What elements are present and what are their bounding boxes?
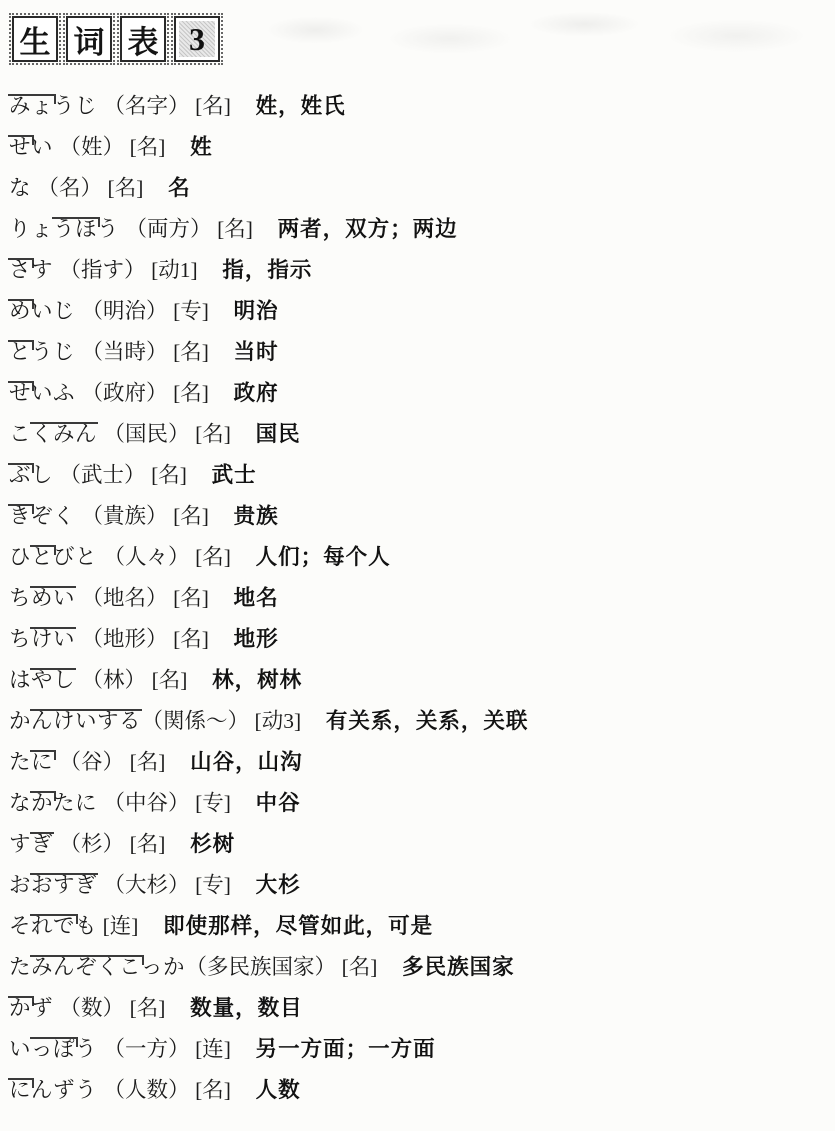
entry-meaning: 人们；每个人	[256, 545, 391, 569]
entry-meaning: 当时	[234, 340, 279, 364]
entry-reading: たみんぞくこっか	[9, 955, 185, 979]
entry-pos-tag: [名]	[342, 955, 378, 979]
title-char-box: 生	[12, 16, 58, 62]
entry-reading: こくみん	[9, 422, 97, 446]
entry-meaning: 林，树林	[212, 668, 302, 692]
entry-meaning: 数量，数目	[190, 996, 303, 1020]
vocab-entry: みょうじ（名字）[名]姓，姓氏	[9, 86, 528, 127]
vocab-entry: なかたに（中谷）[专]中谷	[9, 783, 528, 824]
entry-pos-tag: [名]	[173, 586, 209, 610]
entry-reading: せいふ	[9, 381, 75, 405]
entry-reading: ちけい	[9, 627, 75, 651]
entry-reading: ちめい	[9, 586, 75, 610]
title-char-box: 词	[66, 16, 112, 62]
reading-segment: お	[9, 872, 31, 899]
reading-segment: か	[9, 708, 31, 735]
vocab-entry: きぞく（貴族）[名]贵族	[9, 496, 528, 537]
entry-reading: さす	[9, 258, 53, 282]
reading-segment: ぞく	[31, 503, 75, 530]
reading-segment: やし	[31, 667, 75, 694]
vocab-entry: ちけい（地形）[名]地形	[9, 619, 528, 660]
entry-pos-tag: [连]	[195, 1037, 231, 1061]
entry-reading: にんずう	[9, 1078, 97, 1102]
reading-segment: っか	[141, 954, 185, 981]
reading-segment: に	[9, 1077, 31, 1104]
entry-pos-tag: [连]	[103, 914, 139, 938]
entry-meaning: 有关系，关系，关联	[326, 709, 529, 733]
entry-pos-tag: [专]	[195, 791, 231, 815]
vocab-entry: な（名）[名]名	[9, 168, 528, 209]
entry-pos-tag: [名]	[195, 94, 231, 118]
entry-reading: なかたに	[9, 791, 97, 815]
entry-kanji: （両方）	[125, 217, 211, 241]
entry-pos-tag: [名]	[130, 832, 166, 856]
entry-reading: はやし	[9, 668, 75, 692]
entry-pos-tag: [名]	[108, 176, 144, 200]
vocab-entry: ひとびと（人々）[名]人们；每个人	[9, 537, 528, 578]
reading-segment: ず	[31, 995, 53, 1022]
lesson-number: 3	[189, 21, 205, 58]
vocab-entry: せいふ（政府）[名]政府	[9, 373, 528, 414]
entry-meaning: 贵族	[234, 504, 279, 528]
reading-segment: う	[75, 1036, 97, 1063]
title-number-box: 3	[174, 16, 220, 62]
reading-segment: せ	[9, 134, 31, 161]
entry-reading: りょうほう	[9, 217, 119, 241]
entry-meaning: 即使那样，尽管如此，可是	[163, 914, 433, 938]
entry-meaning: 武士	[212, 463, 257, 487]
entry-pos-tag: [名]	[195, 422, 231, 446]
vocab-entry: せい（姓）[名]姓	[9, 127, 528, 168]
vocab-entry: ちめい（地名）[名]地名	[9, 578, 528, 619]
entry-reading: ひとびと	[9, 545, 97, 569]
entry-pos-tag: [名]	[173, 340, 209, 364]
entry-reading: な	[9, 176, 31, 200]
reading-segment: みょ	[9, 93, 53, 120]
entry-reading: おおすぎ	[9, 873, 97, 897]
entry-reading: すぎ	[9, 832, 53, 856]
entry-meaning: 杉树	[190, 832, 235, 856]
reading-segment: りょ	[9, 216, 53, 243]
entry-kanji: （杉）	[59, 832, 124, 856]
entry-pos-tag: [名]	[130, 996, 166, 1020]
reading-segment: たに	[53, 790, 97, 817]
entry-kanji: （中谷）	[103, 791, 189, 815]
reading-segment: んけいする	[31, 708, 141, 735]
vocab-entry: たみんぞくこっか（多民族国家）[名]多民族国家	[9, 947, 528, 988]
entry-meaning: 姓	[190, 135, 213, 159]
entry-meaning: 多民族国家	[402, 955, 515, 979]
entry-kanji: （地形）	[81, 627, 167, 651]
entry-meaning: 山谷，山沟	[190, 750, 303, 774]
reading-segment: め	[9, 298, 31, 325]
vocab-entry: りょうほう（両方）[名]两者，双方；两边	[9, 209, 528, 250]
vocab-entry: にんずう（人数）[名]人数	[9, 1070, 528, 1111]
vocab-list: みょうじ（名字）[名]姓，姓氏せい（姓）[名]姓な（名）[名]名りょうほう（両方…	[9, 86, 528, 1111]
reading-segment: す	[31, 257, 53, 284]
entry-kanji: （名）	[37, 176, 102, 200]
reading-segment: ひ	[9, 544, 31, 571]
entry-kanji: （地名）	[81, 586, 167, 610]
entry-kanji: （一方）	[103, 1037, 189, 1061]
entry-reading: たに	[9, 750, 53, 774]
entry-meaning: 地形	[234, 627, 279, 651]
entry-kanji: （多民族国家）	[185, 955, 336, 979]
entry-kanji: （人々）	[103, 545, 189, 569]
entry-kanji: （数）	[59, 996, 124, 1020]
entry-meaning: 地名	[234, 586, 279, 610]
reading-segment: と	[9, 339, 31, 366]
entry-kanji: （指す）	[59, 258, 145, 282]
vocab-entry: とうじ（当時）[名]当时	[9, 332, 528, 373]
vocab-entry: さす（指す）[动1]指，指示	[9, 250, 528, 291]
entry-reading: それでも	[9, 914, 97, 938]
entry-kanji: （貴族）	[81, 504, 167, 528]
entry-kanji: （関係～）	[141, 709, 249, 733]
entry-reading: かず	[9, 996, 53, 1020]
vocab-entry: おおすぎ（大杉）[专]大杉	[9, 865, 528, 906]
entry-pos-tag: [专]	[195, 873, 231, 897]
reading-segment: っぽ	[31, 1036, 75, 1063]
reading-segment: い	[9, 1036, 31, 1063]
reading-segment: けい	[31, 626, 75, 653]
reading-segment: いじ	[31, 298, 75, 325]
reading-segment: い	[31, 134, 53, 161]
vocab-entry: ぶし（武士）[名]武士	[9, 455, 528, 496]
reading-segment: と	[31, 544, 53, 571]
reading-segment: な	[9, 175, 31, 202]
entry-reading: めいじ	[9, 299, 75, 323]
entry-reading: ぶし	[9, 463, 53, 487]
vocab-entry: めいじ（明治）[专]明治	[9, 291, 528, 332]
reading-segment: こ	[9, 421, 31, 448]
entry-meaning: 指，指示	[222, 258, 312, 282]
reading-segment: そ	[9, 913, 31, 940]
entry-kanji: （林）	[81, 668, 146, 692]
reading-segment: ぎ	[31, 831, 53, 858]
entry-meaning: 另一方面；一方面	[256, 1037, 436, 1061]
entry-reading: とうじ	[9, 340, 75, 364]
vocab-entry: かず（数）[名]数量，数目	[9, 988, 528, 1029]
entry-meaning: 明治	[234, 299, 279, 323]
entry-meaning: 国民	[256, 422, 301, 446]
title-char: 词	[74, 17, 105, 62]
entry-pos-tag: [专]	[173, 299, 209, 323]
reading-segment: うじ	[53, 93, 97, 120]
entry-kanji: （人数）	[103, 1078, 189, 1102]
reading-segment: た	[9, 749, 31, 776]
reading-segment: うじ	[31, 339, 75, 366]
reading-segment: ち	[9, 626, 31, 653]
entry-kanji: （谷）	[59, 750, 124, 774]
reading-segment: いふ	[31, 380, 75, 407]
entry-kanji: （明治）	[81, 299, 167, 323]
entry-meaning: 大杉	[256, 873, 301, 897]
entry-kanji: （名字）	[103, 94, 189, 118]
reading-segment: も	[75, 913, 97, 940]
entry-reading: きぞく	[9, 504, 75, 528]
reading-segment: みんぞくこ	[31, 954, 141, 981]
entry-pos-tag: [名]	[195, 545, 231, 569]
entry-pos-tag: [名]	[130, 750, 166, 774]
vocab-entry: それでも[连]即使那样，尽管如此，可是	[9, 906, 528, 947]
entry-pos-tag: [名]	[173, 627, 209, 651]
entry-kanji: （武士）	[59, 463, 145, 487]
entry-meaning: 名	[168, 176, 191, 200]
entry-pos-tag: [动3]	[255, 709, 302, 733]
title-char: 生	[20, 17, 51, 62]
reading-segment: な	[9, 790, 31, 817]
reading-segment: き	[9, 503, 31, 530]
entry-meaning: 姓，姓氏	[256, 94, 346, 118]
reading-segment: れで	[31, 913, 75, 940]
reading-segment: か	[9, 995, 31, 1022]
scan-noise-artifact	[245, 4, 830, 62]
reading-segment: さ	[9, 257, 31, 284]
entry-pos-tag: [名]	[195, 1078, 231, 1102]
entry-pos-tag: [名]	[173, 504, 209, 528]
entry-pos-tag: [名]	[151, 463, 187, 487]
entry-reading: みょうじ	[9, 94, 97, 118]
vocab-entry: こくみん（国民）[名]国民	[9, 414, 528, 455]
reading-segment: ぶ	[9, 462, 31, 489]
hatched-background: 3	[179, 21, 215, 57]
reading-segment: おすぎ	[31, 872, 97, 899]
page-title: 生 词 表 3	[12, 16, 220, 62]
reading-segment: めい	[31, 585, 75, 612]
reading-segment: す	[9, 831, 31, 858]
reading-segment: うほ	[53, 216, 97, 243]
vocab-entry: いっぽう（一方）[连]另一方面；一方面	[9, 1029, 528, 1070]
entry-meaning: 中谷	[256, 791, 301, 815]
entry-reading: せい	[9, 135, 53, 159]
reading-segment: せ	[9, 380, 31, 407]
entry-pos-tag: [名]	[173, 381, 209, 405]
vocab-entry: かんけいする（関係～）[动3]有关系，关系，关联	[9, 701, 528, 742]
reading-segment: う	[97, 216, 119, 243]
reading-segment: た	[9, 954, 31, 981]
reading-segment: んずう	[31, 1077, 97, 1104]
entry-pos-tag: [名]	[152, 668, 188, 692]
entry-pos-tag: [名]	[130, 135, 166, 159]
reading-segment: びと	[53, 544, 97, 571]
entry-pos-tag: [动1]	[151, 258, 198, 282]
entry-meaning: 政府	[234, 381, 279, 405]
reading-segment: は	[9, 667, 31, 694]
reading-segment: か	[31, 790, 53, 817]
entry-kanji: （国民）	[103, 422, 189, 446]
entry-pos-tag: [名]	[217, 217, 253, 241]
vocab-entry: すぎ（杉）[名]杉树	[9, 824, 528, 865]
vocab-entry: はやし（林）[名]林，树林	[9, 660, 528, 701]
entry-reading: いっぽう	[9, 1037, 97, 1061]
entry-kanji: （政府）	[81, 381, 167, 405]
entry-meaning: 人数	[256, 1078, 301, 1102]
entry-kanji: （大杉）	[103, 873, 189, 897]
title-char: 表	[128, 17, 159, 62]
reading-segment: に	[31, 749, 53, 776]
reading-segment: くみん	[31, 421, 97, 448]
reading-segment: し	[31, 462, 53, 489]
title-char-box: 表	[120, 16, 166, 62]
entry-reading: かんけいする	[9, 709, 141, 733]
reading-segment: ち	[9, 585, 31, 612]
entry-kanji: （姓）	[59, 135, 124, 159]
vocab-entry: たに（谷）[名]山谷，山沟	[9, 742, 528, 783]
entry-meaning: 两者，双方；两边	[278, 217, 458, 241]
entry-kanji: （当時）	[81, 340, 167, 364]
